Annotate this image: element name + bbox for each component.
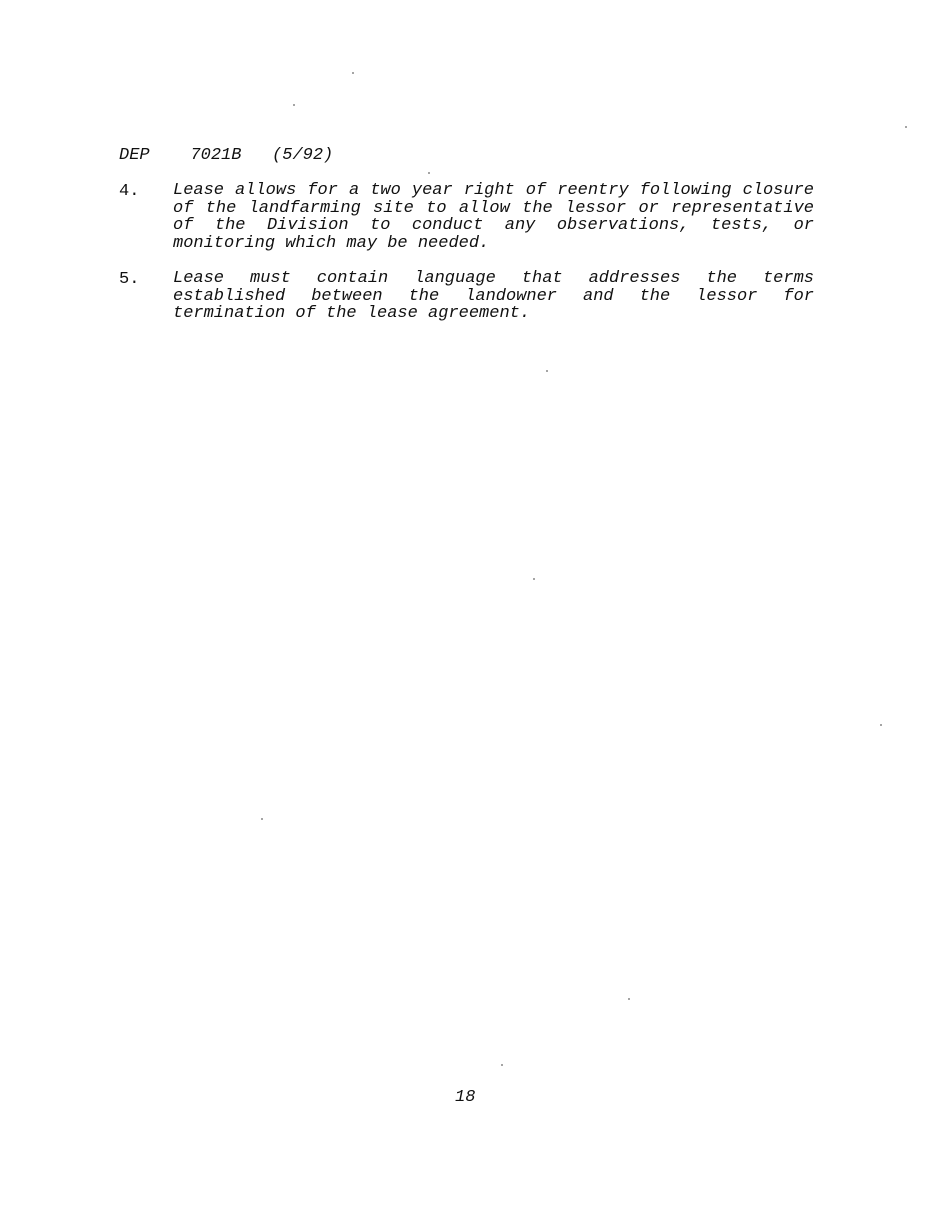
scan-speck <box>293 104 295 106</box>
spacer <box>241 146 272 165</box>
item-number: 4. <box>119 182 173 252</box>
page-number: 18 <box>455 1088 475 1107</box>
scan-speck <box>501 1064 503 1066</box>
form-header: DEP 7021B (5/92) <box>119 146 333 165</box>
form-date: (5/92) <box>272 146 333 165</box>
scan-speck <box>261 818 263 820</box>
form-code: DEP <box>119 146 150 165</box>
list-item: 4. Lease allows for a two year right of … <box>119 182 819 252</box>
item-text: Lease must contain language that address… <box>173 270 814 323</box>
form-number: 7021B <box>190 146 241 165</box>
list-item: 5. Lease must contain language that addr… <box>119 270 819 323</box>
document-page: DEP 7021B (5/92) 4. Lease allows for a t… <box>0 0 950 1226</box>
item-text: Lease allows for a two year right of ree… <box>173 182 814 252</box>
item-number: 5. <box>119 270 173 323</box>
scan-speck <box>533 578 535 580</box>
scan-speck <box>546 370 548 372</box>
spacer <box>150 146 191 165</box>
scan-speck <box>428 172 430 174</box>
scan-speck <box>352 72 354 74</box>
scan-speck <box>905 126 907 128</box>
scan-speck <box>880 724 882 726</box>
scan-speck <box>628 998 630 1000</box>
